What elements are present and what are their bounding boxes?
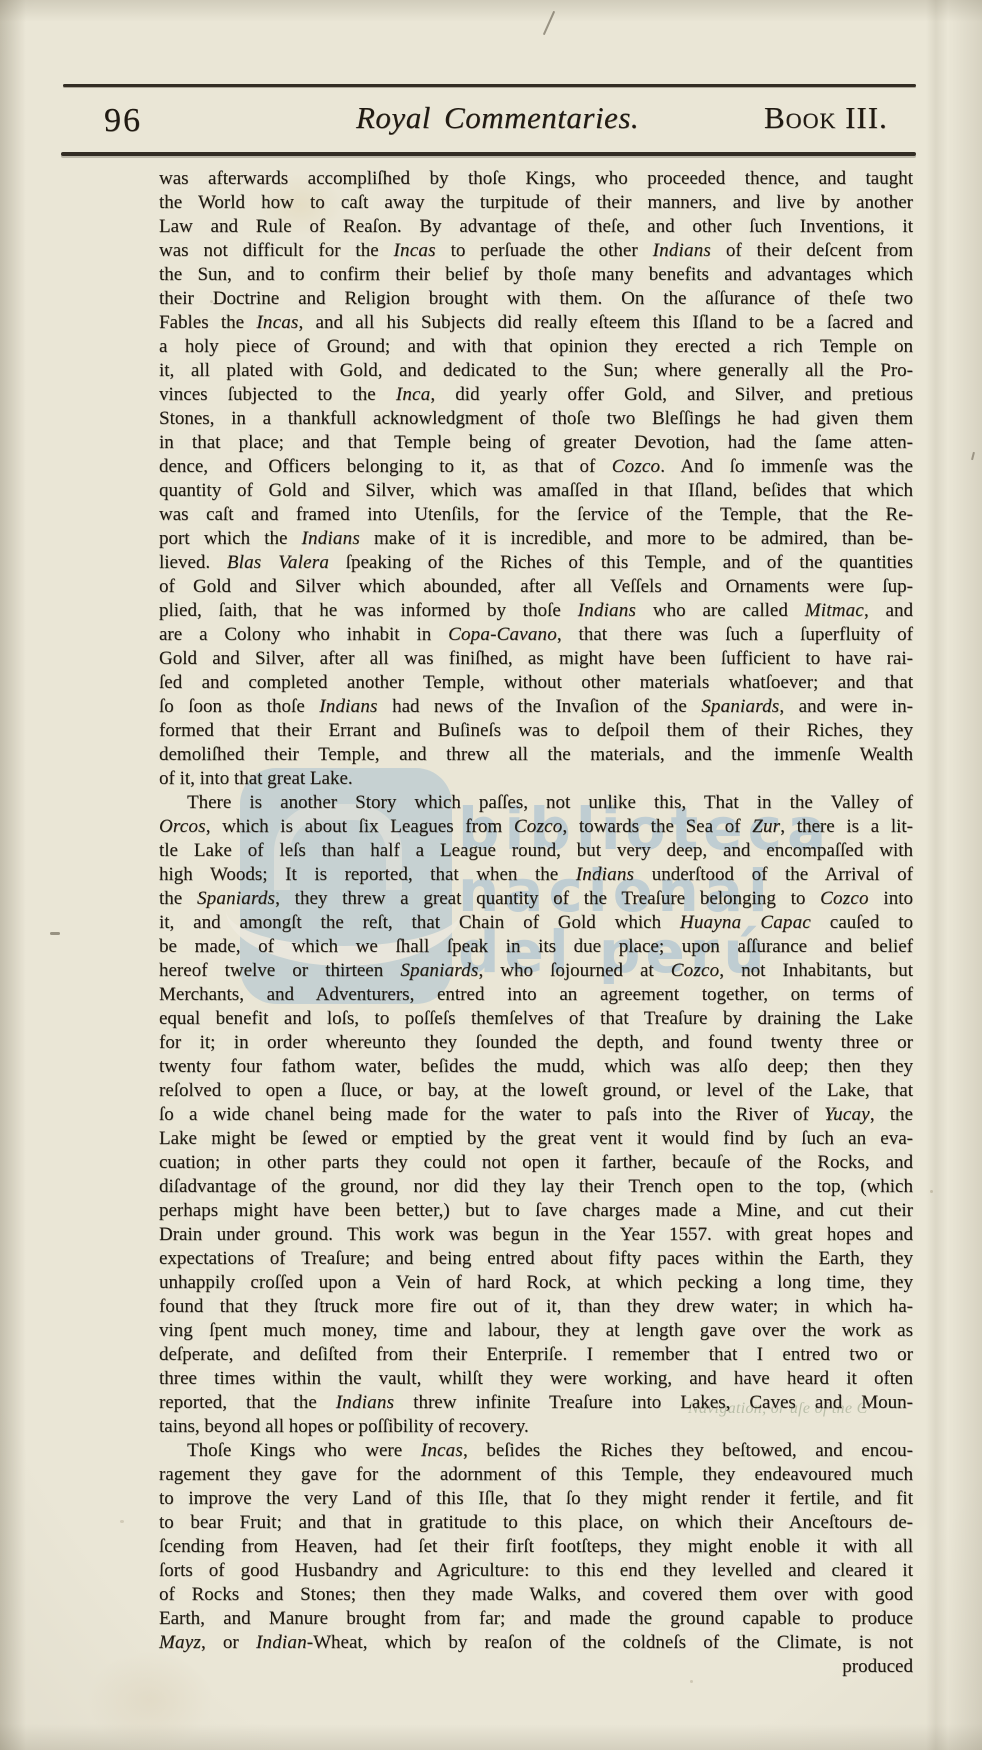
text-line: There is another Story which paſſes, not… [159,791,913,815]
text-line: was caſt and framed into Utenſils, for t… [159,503,913,527]
text-line: Law and Rule of Reaſon. By advantage of … [159,215,913,239]
text-line: Orcos, which is about ſix Leagues from C… [159,815,913,839]
text-line: ſo ſoon as thoſe Indians had news of the… [159,695,913,719]
text-line: a holy piece of Ground; and with that op… [159,335,913,359]
text-line: of Rocks and Stones; then they made Walk… [159,1583,913,1607]
text-line: Thoſe Kings who were Incas, beſides the … [159,1439,913,1463]
text-line: ragement they gave for the adornment of … [159,1463,913,1487]
text-line: expectations of Treaſure; and being entr… [159,1247,913,1271]
italic-proper-noun: Inca [396,384,431,405]
text-line: ſed and completed another Temple, withou… [159,671,913,695]
text-line: demoliſhed their Temple, and threw all t… [159,743,913,767]
text-line: it, all plated with Gold, and dedicated … [159,359,913,383]
text-line: lieved. Blas Valera ſpeaking of the Rich… [159,551,913,575]
text-line: ſorts of good Husbandry and Agriculture:… [159,1559,913,1583]
italic-proper-noun: Cozco [514,816,563,837]
text-line: to improve the very Land of this Iſle, t… [159,1487,913,1511]
text-line: quantity of Gold and Silver, which was a… [159,479,913,503]
text-line: be made, of which we ſhall ſpeak in its … [159,935,913,959]
italic-proper-noun: Mitmac [805,600,864,621]
book-label: Book III. [764,100,888,136]
header-rule-bottom [61,152,916,156]
paper-fleck [930,1190,933,1193]
text-line: Merchants, and Adventurers, entred into … [159,983,913,1007]
italic-proper-noun: Indians [319,696,377,717]
text-line: Stones, in a thankfull acknowledgment of… [159,407,913,431]
body-text-column: was afterwards accompliſhed by thoſe Kin… [159,167,913,1679]
text-line: diſadvantage of the ground, nor did they… [159,1175,913,1199]
text-line: twenty four fathom water, beſides the mu… [159,1055,913,1079]
text-line: Gold and Silver, after all was finiſhed,… [159,647,913,671]
italic-proper-noun: Blas Valera [227,552,329,573]
italic-proper-noun: Indians [302,528,360,549]
text-line: reported, that the Indians threw infinit… [159,1391,913,1415]
text-line: to bear Fruit; and that in gratitude to … [159,1511,913,1535]
text-line: the Sun, and to confirm their belief by … [159,263,913,287]
text-line: reſolved to open a ſluce, or bay, at the… [159,1079,913,1103]
text-line: it, and amongſt the reſt, that Chain of … [159,911,913,935]
header-rule-top [63,84,916,87]
text-line: of Gold and Silver which abounded, after… [159,575,913,599]
italic-proper-noun: Indians [653,240,711,261]
italic-proper-noun: Cozco [820,888,869,909]
italic-proper-noun: Spaniards [400,960,478,981]
italic-proper-noun: Indian [256,1632,307,1653]
italic-proper-noun: Spaniards [197,888,275,909]
text-line: port which the Indians make of it is inc… [159,527,913,551]
text-line: unhappily croſſed upon a Vein of hard Ro… [159,1271,913,1295]
text-line: ſo a wide chanel being made for the wate… [159,1103,913,1127]
ink-mark [971,452,975,460]
italic-proper-noun: Copa-Cavano [448,624,557,645]
italic-proper-noun: Cozco [671,960,720,981]
text-line: of it, into that great Lake. [159,767,913,791]
text-line: perhaps might have been better,) but to … [159,1199,913,1223]
italic-proper-noun: Indians [576,864,634,885]
italic-proper-noun: Spaniards [701,696,779,717]
paper-fleck [690,1680,693,1683]
text-line: ving ſpent much money, time and labour, … [159,1319,913,1343]
text-line: for it; in order whereunto they ſounded … [159,1031,913,1055]
text-line: Mayz, or Indian-Wheat, which by reaſon o… [159,1631,913,1655]
page-crease [926,0,948,1750]
catchword: produced [159,1655,913,1679]
text-line: found that they ſtruck more fire out of … [159,1295,913,1319]
text-line: hereof twelve or thirteen Spaniards, who… [159,959,913,983]
page-number: 96 [104,102,142,140]
text-line: the Spaniards, they threw a great quanti… [159,887,913,911]
paper-fleck [120,1520,124,1523]
text-line: was afterwards accompliſhed by thoſe Kin… [159,167,913,191]
italic-proper-noun: Incas [421,1440,463,1461]
text-line: Lake might be ſewed or emptied by the gr… [159,1127,913,1151]
text-line: Fables the Incas, and all his Subjects d… [159,311,913,335]
text-line: dence, and Officers belonging to it, as … [159,455,913,479]
italic-proper-noun: Orcos [159,816,206,837]
italic-proper-noun: Incas [394,240,436,261]
text-line: Drain under ground. This work was begun … [159,1223,913,1247]
italic-proper-noun: Yucay [824,1104,870,1125]
text-line: formed that their Errant and Buſineſs wa… [159,719,913,743]
italic-proper-noun: Incas [256,312,298,333]
text-line: the World how to caſt away the turpitude… [159,191,913,215]
text-line: vinces ſubjected to the Inca, did yearly… [159,383,913,407]
text-line: high Woods; It is reported, that when th… [159,863,913,887]
italic-proper-noun: Indians [578,600,636,621]
text-line: cuation; in other parts they could not o… [159,1151,913,1175]
text-line: are a Colony who inhabit in Copa-Cavano,… [159,623,913,647]
text-line: their Doctrine and Religion brought with… [159,287,913,311]
text-line: equal benefit and loſs, to poſſeſs themſ… [159,1007,913,1031]
italic-proper-noun: Mayz [159,1632,201,1653]
text-line: tains, beyond all hopes or poſſibility o… [159,1415,913,1439]
text-line: three times within the vault, whilſt the… [159,1367,913,1391]
running-title: Royal Commentaries. [356,100,639,136]
italic-proper-noun: Zur [752,816,780,837]
text-line: deſperate, and deſiſted from their Enter… [159,1343,913,1367]
text-line: plied, ſaith, that he was informed by th… [159,599,913,623]
ink-mark [50,932,60,935]
text-line: Earth, and Manure brought from far; and … [159,1607,913,1631]
italic-proper-noun: Indians [336,1392,394,1413]
book-page-scan: biblioteca nacional del perú Navigation,… [0,0,982,1750]
text-line: ſcending from Heaven, had ſet their firſ… [159,1535,913,1559]
ink-mark [543,11,555,36]
italic-proper-noun: Huayna Capac [680,912,811,933]
text-line: in that place; and that Temple being of … [159,431,913,455]
text-line: was not difficult for the Incas to perſu… [159,239,913,263]
text-line: tle Lake of leſs than half a League roun… [159,839,913,863]
italic-proper-noun: Cozco [612,456,661,477]
